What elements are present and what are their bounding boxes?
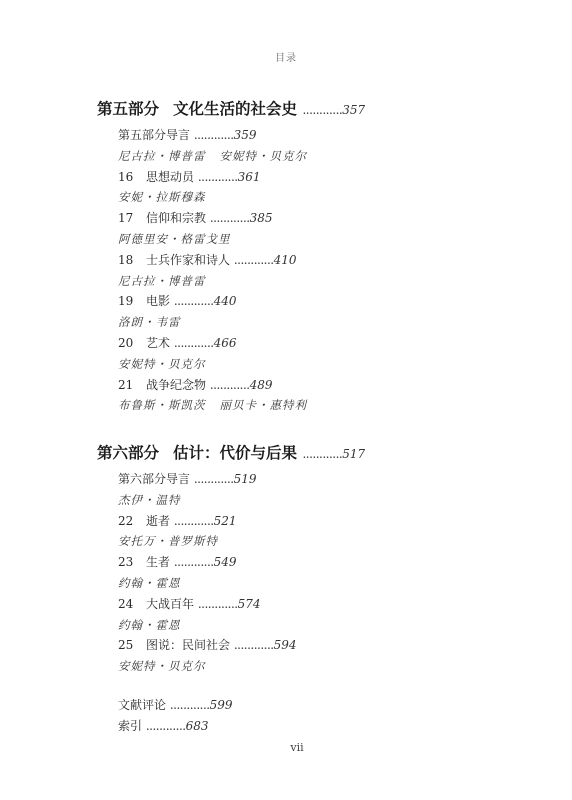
leader-dots: ............ bbox=[146, 719, 186, 733]
toc-author: 布鲁斯・斯凯茨丽贝卡・惠特利 bbox=[118, 395, 517, 416]
entry-title: 图说：民间社会 bbox=[146, 638, 230, 652]
entry-title: 电影 bbox=[146, 294, 170, 308]
author-name: 阿德里安・格雷戈里 bbox=[118, 232, 231, 246]
page-number: 385 bbox=[250, 211, 273, 225]
toc-entry-intro[interactable]: 第六部分导言 ............519 bbox=[118, 469, 517, 490]
part-title: 估计：代价与后果 bbox=[173, 443, 297, 462]
toc-entry-chapter[interactable]: 25图说：民间社会 ............594 bbox=[118, 635, 517, 656]
author-name: 尼古拉・博普雷 bbox=[118, 149, 206, 163]
running-head: 目录 bbox=[0, 49, 572, 64]
toc-entry-chapter[interactable]: 24大战百年 ............574 bbox=[118, 594, 517, 615]
author-name: 安妮・拉斯穆森 bbox=[118, 190, 206, 204]
toc-entry-intro[interactable]: 第五部分导言 ............359 bbox=[118, 125, 517, 146]
chapter-number: 19 bbox=[118, 291, 146, 312]
page-number: 440 bbox=[214, 294, 237, 308]
author-name: 安妮特・贝克尔 bbox=[220, 149, 308, 163]
chapter-number: 23 bbox=[118, 552, 146, 573]
chapter-number: 25 bbox=[118, 635, 146, 656]
leader-dots: ............ bbox=[174, 555, 214, 569]
part-heading[interactable]: 第五部分文化生活的社会史 ............357 bbox=[97, 99, 517, 125]
page-number: 519 bbox=[234, 472, 257, 486]
toc-entry-chapter[interactable]: 21战争纪念物 ............489 bbox=[118, 375, 517, 396]
toc-entry-chapter[interactable]: 17信仰和宗教 ............385 bbox=[118, 208, 517, 229]
entry-title: 艺术 bbox=[146, 336, 170, 350]
entry-title: 战争纪念物 bbox=[146, 378, 206, 392]
toc-entry-chapter[interactable]: 23生者 ............549 bbox=[118, 552, 517, 573]
toc-author: 阿德里安・格雷戈里 bbox=[118, 229, 517, 250]
chapter-number: 18 bbox=[118, 250, 146, 271]
leader-dots: ............ bbox=[198, 170, 238, 184]
toc-author: 洛朗・韦雷 bbox=[118, 312, 517, 333]
leader-dots: ............ bbox=[174, 336, 214, 350]
leader-dots: ............ bbox=[302, 103, 342, 117]
leader-dots: ............ bbox=[174, 294, 214, 308]
page-number: 410 bbox=[274, 253, 297, 267]
toc-entry-chapter[interactable]: 19电影 ............440 bbox=[118, 291, 517, 312]
chapter-number: 24 bbox=[118, 594, 146, 615]
page-folio: vii bbox=[0, 741, 572, 754]
leader-dots: ............ bbox=[234, 638, 274, 652]
entry-title: 大战百年 bbox=[146, 597, 194, 611]
author-name: 约翰・霍恩 bbox=[118, 576, 181, 590]
author-name: 安妮特・贝克尔 bbox=[118, 659, 206, 673]
chapter-number: 21 bbox=[118, 375, 146, 396]
toc-author: 尼古拉・博普雷 bbox=[118, 271, 517, 292]
page-number: 521 bbox=[214, 514, 237, 528]
toc-author: 安妮特・贝克尔 bbox=[118, 354, 517, 375]
leader-dots: ............ bbox=[234, 253, 274, 267]
toc-part-6: 第六部分估计：代价与后果 ............517 第六部分导言 ....… bbox=[97, 443, 517, 677]
page-number: 683 bbox=[186, 719, 209, 733]
page-number: 361 bbox=[238, 170, 261, 184]
toc-entry-chapter[interactable]: 16思想动员 ............361 bbox=[118, 167, 517, 188]
leader-dots: ............ bbox=[302, 447, 342, 461]
author-name: 安妮特・贝克尔 bbox=[118, 357, 206, 371]
page-number: 574 bbox=[238, 597, 261, 611]
leader-dots: ............ bbox=[210, 378, 250, 392]
author-name: 约翰・霍恩 bbox=[118, 618, 181, 632]
entry-title: 索引 bbox=[118, 719, 142, 733]
toc-author: 约翰・霍恩 bbox=[118, 573, 517, 594]
toc-author: 安托万・普罗斯特 bbox=[118, 531, 517, 552]
toc-part-5: 第五部分文化生活的社会史 ............357 第五部分导言 ....… bbox=[97, 99, 517, 416]
toc-author: 安妮・拉斯穆森 bbox=[118, 187, 517, 208]
part-label: 第六部分 bbox=[97, 443, 159, 462]
page-number: 549 bbox=[214, 555, 237, 569]
page-number: 517 bbox=[342, 447, 365, 461]
entry-title: 生者 bbox=[146, 555, 170, 569]
toc-author: 杰伊・温特 bbox=[118, 490, 517, 511]
author-name: 杰伊・温特 bbox=[118, 493, 181, 507]
toc-entry-chapter[interactable]: 22逝者 ............521 bbox=[118, 511, 517, 532]
toc-entry-chapter[interactable]: 20艺术 ............466 bbox=[118, 333, 517, 354]
entry-title: 第五部分导言 bbox=[118, 128, 190, 142]
page-number: 359 bbox=[234, 128, 257, 142]
page-number: 489 bbox=[250, 378, 273, 392]
author-name: 丽贝卡・惠特利 bbox=[220, 398, 308, 412]
toc-entry-bibliography[interactable]: 文献评论 ............599 bbox=[118, 695, 233, 716]
leader-dots: ............ bbox=[198, 597, 238, 611]
entry-title: 士兵作家和诗人 bbox=[146, 253, 230, 267]
chapter-number: 20 bbox=[118, 333, 146, 354]
leader-dots: ............ bbox=[194, 472, 234, 486]
entry-title: 思想动员 bbox=[146, 170, 194, 184]
toc-entry-chapter[interactable]: 18士兵作家和诗人 ............410 bbox=[118, 250, 517, 271]
toc-author: 安妮特・贝克尔 bbox=[118, 656, 517, 677]
author-name: 尼古拉・博普雷 bbox=[118, 274, 206, 288]
leader-dots: ............ bbox=[194, 128, 234, 142]
toc-back-matter: 文献评论 ............599 索引 ............683 bbox=[118, 695, 233, 737]
leader-dots: ............ bbox=[170, 698, 210, 712]
entry-title: 逝者 bbox=[146, 514, 170, 528]
part-heading[interactable]: 第六部分估计：代价与后果 ............517 bbox=[97, 443, 517, 469]
entry-title: 文献评论 bbox=[118, 698, 166, 712]
part-title: 文化生活的社会史 bbox=[173, 99, 297, 118]
page-number: 466 bbox=[214, 336, 237, 350]
entry-title: 信仰和宗教 bbox=[146, 211, 206, 225]
author-name: 洛朗・韦雷 bbox=[118, 315, 181, 329]
page-number: 594 bbox=[274, 638, 297, 652]
author-name: 安托万・普罗斯特 bbox=[118, 534, 218, 548]
part-label: 第五部分 bbox=[97, 99, 159, 118]
leader-dots: ............ bbox=[174, 514, 214, 528]
part-entries: 第六部分导言 ............519 杰伊・温特 22逝者 ......… bbox=[97, 469, 517, 677]
page-number: 599 bbox=[210, 698, 233, 712]
page-number: 357 bbox=[342, 103, 365, 117]
author-name: 布鲁斯・斯凯茨 bbox=[118, 398, 206, 412]
entry-title: 第六部分导言 bbox=[118, 472, 190, 486]
chapter-number: 22 bbox=[118, 511, 146, 532]
toc-author: 尼古拉・博普雷安妮特・贝克尔 bbox=[118, 146, 517, 167]
toc-entry-index[interactable]: 索引 ............683 bbox=[118, 716, 233, 737]
leader-dots: ............ bbox=[210, 211, 250, 225]
chapter-number: 16 bbox=[118, 167, 146, 188]
part-entries: 第五部分导言 ............359 尼古拉・博普雷安妮特・贝克尔 16… bbox=[97, 125, 517, 416]
toc-author: 约翰・霍恩 bbox=[118, 615, 517, 636]
chapter-number: 17 bbox=[118, 208, 146, 229]
